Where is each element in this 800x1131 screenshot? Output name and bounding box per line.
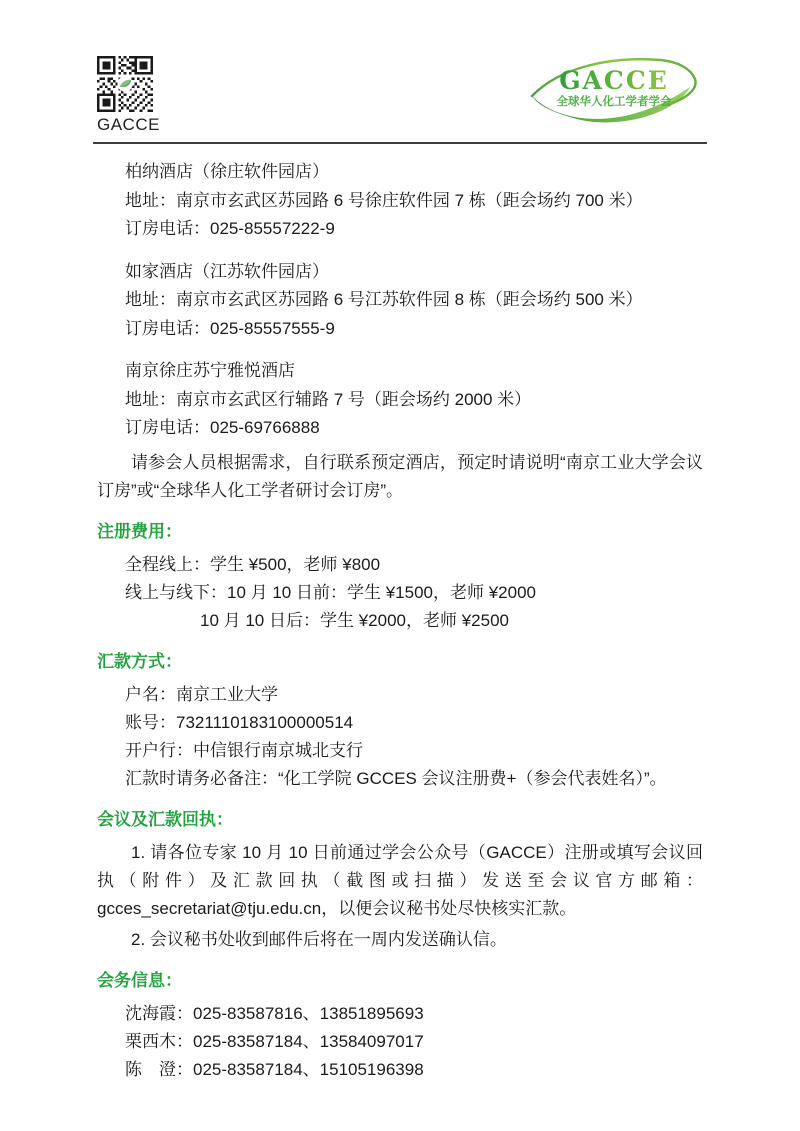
hotel-list: 柏纳酒店（徐庄软件园店） 地址：南京市玄武区苏园路 6 号徐庄软件园 7 栋（距…: [97, 158, 703, 443]
header-divider: [93, 142, 707, 144]
booking-note: 请参会人员根据需求，自行联系预定酒店，预定时请说明“南京工业大学会议订房”或“全…: [97, 449, 703, 505]
contact-line: 陈 澄：025-83587184、15105196398: [125, 1056, 703, 1084]
fee-line: 线上与线下：10 月 10 日前：学生 ¥1500，老师 ¥2000: [125, 579, 703, 607]
gacce-logo: GACCE 全球华人化工学者学会: [527, 54, 703, 132]
logo-subtitle: 全球华人化工学者学会: [557, 94, 672, 108]
section-heading-conference-info: 会务信息：: [97, 967, 703, 995]
contact-line: 栗西木：025-83587184、13584097017: [125, 1028, 703, 1056]
qr-block: GACCE: [97, 56, 167, 135]
payment-account-number: 账号：7321110183100000514: [125, 709, 703, 737]
hotel-name: 如家酒店（江苏软件园店）: [125, 258, 703, 287]
hotel-phone: 订房电话：025-85557222-9: [125, 215, 703, 244]
registration-fee-list: 全程线上：学生 ¥500，老师 ¥800 线上与线下：10 月 10 日前：学生…: [125, 551, 703, 635]
document-page: GACCE: [0, 0, 800, 1131]
hotel-block: 柏纳酒店（徐庄软件园店） 地址：南京市玄武区苏园路 6 号徐庄软件园 7 栋（距…: [125, 158, 703, 244]
hotel-address: 地址：南京市玄武区行辅路 7 号（距会场约 2000 米）: [125, 386, 703, 415]
header: GACCE: [97, 56, 703, 140]
payment-account-name: 户名：南京工业大学: [125, 681, 703, 709]
receipt-item-2: 2. 会议秘书处收到邮件后将在一周内发送确认信。: [97, 926, 703, 954]
hotel-phone: 订房电话：025-85557555-9: [125, 315, 703, 344]
qr-label: GACCE: [97, 115, 167, 135]
hotel-name: 南京徐庄苏宁雅悦酒店: [125, 357, 703, 386]
contact-list: 沈海霞：025-83587816、13851895693 栗西木：025-835…: [125, 1000, 703, 1084]
section-heading-payment-method: 汇款方式：: [97, 648, 703, 676]
hotel-name: 柏纳酒店（徐庄软件园店）: [125, 158, 703, 187]
hotel-block: 南京徐庄苏宁雅悦酒店 地址：南京市玄武区行辅路 7 号（距会场约 2000 米）…: [125, 357, 703, 443]
section-heading-registration-fee: 注册费用：: [97, 518, 703, 546]
document-body: 柏纳酒店（徐庄软件园店） 地址：南京市玄武区苏园路 6 号徐庄软件园 7 栋（距…: [97, 158, 703, 1084]
payment-remark-note: 汇款时请务必备注：“化工学院 GCCES 会议注册费+（参会代表姓名）”。: [125, 765, 703, 793]
hotel-address: 地址：南京市玄武区苏园路 6 号徐庄软件园 7 栋（距会场约 700 米）: [125, 187, 703, 216]
gacce-leaf-logo-icon: GACCE 全球华人化工学者学会: [527, 54, 703, 132]
logo-title: GACCE: [559, 66, 669, 95]
fee-line: 10 月 10 日后：学生 ¥2000，老师 ¥2500: [200, 607, 703, 635]
contact-line: 沈海霞：025-83587816、13851895693: [125, 1000, 703, 1028]
qr-code-icon: [97, 56, 153, 112]
hotel-phone: 订房电话：025-69766888: [125, 414, 703, 443]
receipt-item-1: 1. 请各位专家 10 月 10 日前通过学会公众号（GACCE）注册或填写会议…: [97, 839, 703, 923]
fee-line: 全程线上：学生 ¥500，老师 ¥800: [125, 551, 703, 579]
payment-bank: 开户行：中信银行南京城北支行: [125, 737, 703, 765]
section-heading-receipt: 会议及汇款回执：: [97, 806, 703, 834]
hotel-block: 如家酒店（江苏软件园店） 地址：南京市玄武区苏园路 6 号江苏软件园 8 栋（距…: [125, 258, 703, 344]
payment-details: 户名：南京工业大学 账号：7321110183100000514 开户行：中信银…: [125, 681, 703, 793]
hotel-address: 地址：南京市玄武区苏园路 6 号江苏软件园 8 栋（距会场约 500 米）: [125, 286, 703, 315]
